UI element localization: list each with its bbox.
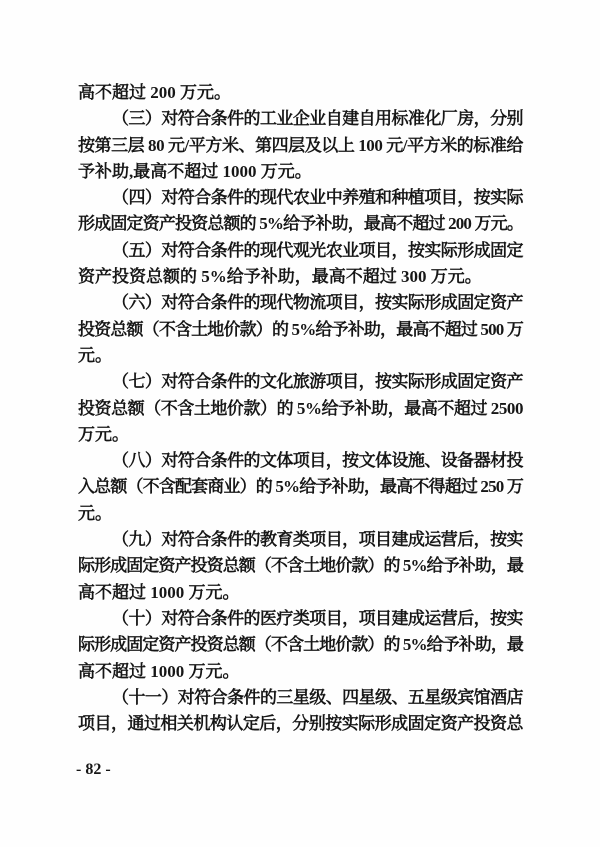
text-line-content: （十一）对符合条件的三星级、四星级、五星级宾馆酒店 xyxy=(112,688,523,707)
text-line: 投资总额（不含土地价款）的 5%给予补助，最高不超过 2500 xyxy=(78,396,523,422)
text-line: （四）对符合条件的现代农业中养殖和种植项目，按实际 xyxy=(78,185,523,211)
text-line: （六）对符合条件的现代物流项目，按实际形成固定资产 xyxy=(78,290,523,316)
text-line: （七）对符合条件的文化旅游项目，按实际形成固定资产 xyxy=(78,369,523,395)
paragraph: （九）对符合条件的教育类项目，项目建成运营后，按实际形成固定资产投资总额（不含土… xyxy=(78,527,523,606)
text-line-content: 按第三层 80 元/平方米、第四层及以上 100 元/平方米的标准给 xyxy=(78,136,523,155)
paragraph: （六）对符合条件的现代物流项目，按实际形成固定资产投资总额（不含土地价款）的 5… xyxy=(78,290,523,369)
text-line-content: 予补助,最高不超过 1000 万元。 xyxy=(78,162,312,181)
text-line: （九）对符合条件的教育类项目，项目建成运营后，按实 xyxy=(78,527,523,553)
body-text: 高不超过 200 万元。（三）对符合条件的工业企业自建自用标准化厂房，分别按第三… xyxy=(78,80,523,737)
text-line: 元。 xyxy=(78,501,523,527)
paragraph: （十一）对符合条件的三星级、四星级、五星级宾馆酒店项目，通过相关机构认定后，分别… xyxy=(78,685,523,738)
text-line: 项目，通过相关机构认定后，分别按实际形成固定资产投资总 xyxy=(78,711,523,737)
text-line: 投资总额（不含土地价款）的 5%给予补助，最高不超过 500 万 xyxy=(78,317,523,343)
text-line-content: 元。 xyxy=(78,346,112,365)
text-line-content: 元。 xyxy=(78,504,112,523)
text-line-content: 资产投资总额的 5%给予补助，最高不超过 300 万元。 xyxy=(78,267,482,286)
text-line-content: 际形成固定资产投资总额（不含土地价款）的 5%给予补助，最 xyxy=(78,556,523,575)
text-line: 形成固定资产投资总额的 5%给予补助，最高不超过 200 万元。 xyxy=(78,211,523,237)
paragraph: （五）对符合条件的现代观光农业项目，按实际形成固定资产投资总额的 5%给予补助，… xyxy=(78,238,523,291)
text-line-content: （五）对符合条件的现代观光农业项目，按实际形成固定 xyxy=(112,241,523,260)
text-line-content: 万元。 xyxy=(78,425,129,444)
text-line: （十）对符合条件的医疗类项目，项目建成运营后，按实 xyxy=(78,606,523,632)
text-line-content: 投资总额（不含土地价款）的 5%给予补助，最高不超过 500 万 xyxy=(78,320,523,339)
text-line: （五）对符合条件的现代观光农业项目，按实际形成固定 xyxy=(78,238,523,264)
text-line-content: 项目，通过相关机构认定后，分别按实际形成固定资产投资总 xyxy=(78,714,523,733)
text-line: 高不超过 1000 万元。 xyxy=(78,659,523,685)
page-number: - 82 - xyxy=(76,760,111,780)
text-line-content: 形成固定资产投资总额的 5%给予补助，最高不超过 200 万元。 xyxy=(78,214,523,233)
text-line-content: 高不超过 200 万元。 xyxy=(78,83,231,102)
text-line: 入总额（不含配套商业）的 5%给予补助，最高不得超过 250 万 xyxy=(78,474,523,500)
text-line: 予补助,最高不超过 1000 万元。 xyxy=(78,159,523,185)
paragraph: （四）对符合条件的现代农业中养殖和种植项目，按实际形成固定资产投资总额的 5%给… xyxy=(78,185,523,238)
text-line: 高不超过 200 万元。 xyxy=(78,80,523,106)
text-line-content: 投资总额（不含土地价款）的 5%给予补助，最高不超过 2500 xyxy=(78,399,523,418)
text-line-content: （四）对符合条件的现代农业中养殖和种植项目，按实际 xyxy=(112,188,523,207)
text-line: 高不超过 1000 万元。 xyxy=(78,580,523,606)
text-line: 际形成固定资产投资总额（不含土地价款）的 5%给予补助，最 xyxy=(78,553,523,579)
text-line-content: （六）对符合条件的现代物流项目，按实际形成固定资产 xyxy=(112,293,523,312)
paragraph: （十）对符合条件的医疗类项目，项目建成运营后，按实际形成固定资产投资总额（不含土… xyxy=(78,606,523,685)
text-line-content: 高不超过 1000 万元。 xyxy=(78,583,240,602)
text-line: （十一）对符合条件的三星级、四星级、五星级宾馆酒店 xyxy=(78,685,523,711)
text-line: （三）对符合条件的工业企业自建自用标准化厂房，分别 xyxy=(78,106,523,132)
paragraph: （三）对符合条件的工业企业自建自用标准化厂房，分别按第三层 80 元/平方米、第… xyxy=(78,106,523,185)
text-line: 资产投资总额的 5%给予补助，最高不超过 300 万元。 xyxy=(78,264,523,290)
text-line-content: （七）对符合条件的文化旅游项目，按实际形成固定资产 xyxy=(112,372,523,391)
text-line: 万元。 xyxy=(78,422,523,448)
text-line-content: （九）对符合条件的教育类项目，项目建成运营后，按实 xyxy=(112,530,523,549)
paragraph: 高不超过 200 万元。 xyxy=(78,80,523,106)
text-line: （八）对符合条件的文体项目，按文体设施、设备器材投 xyxy=(78,448,523,474)
text-line: 际形成固定资产投资总额（不含土地价款）的 5%给予补助，最 xyxy=(78,632,523,658)
text-line-content: （八）对符合条件的文体项目，按文体设施、设备器材投 xyxy=(112,451,523,470)
text-line-content: 高不超过 1000 万元。 xyxy=(78,662,240,681)
text-line-content: （三）对符合条件的工业企业自建自用标准化厂房，分别 xyxy=(112,109,523,128)
document-page: 高不超过 200 万元。（三）对符合条件的工业企业自建自用标准化厂房，分别按第三… xyxy=(0,0,600,847)
text-line-content: 入总额（不含配套商业）的 5%给予补助，最高不得超过 250 万 xyxy=(78,477,523,496)
text-line: 按第三层 80 元/平方米、第四层及以上 100 元/平方米的标准给 xyxy=(78,133,523,159)
text-line: 元。 xyxy=(78,343,523,369)
paragraph: （七）对符合条件的文化旅游项目，按实际形成固定资产投资总额（不含土地价款）的 5… xyxy=(78,369,523,448)
paragraph: （八）对符合条件的文体项目，按文体设施、设备器材投入总额（不含配套商业）的 5%… xyxy=(78,448,523,527)
text-line-content: 际形成固定资产投资总额（不含土地价款）的 5%给予补助，最 xyxy=(78,635,523,654)
text-line-content: （十）对符合条件的医疗类项目，项目建成运营后，按实 xyxy=(112,609,523,628)
